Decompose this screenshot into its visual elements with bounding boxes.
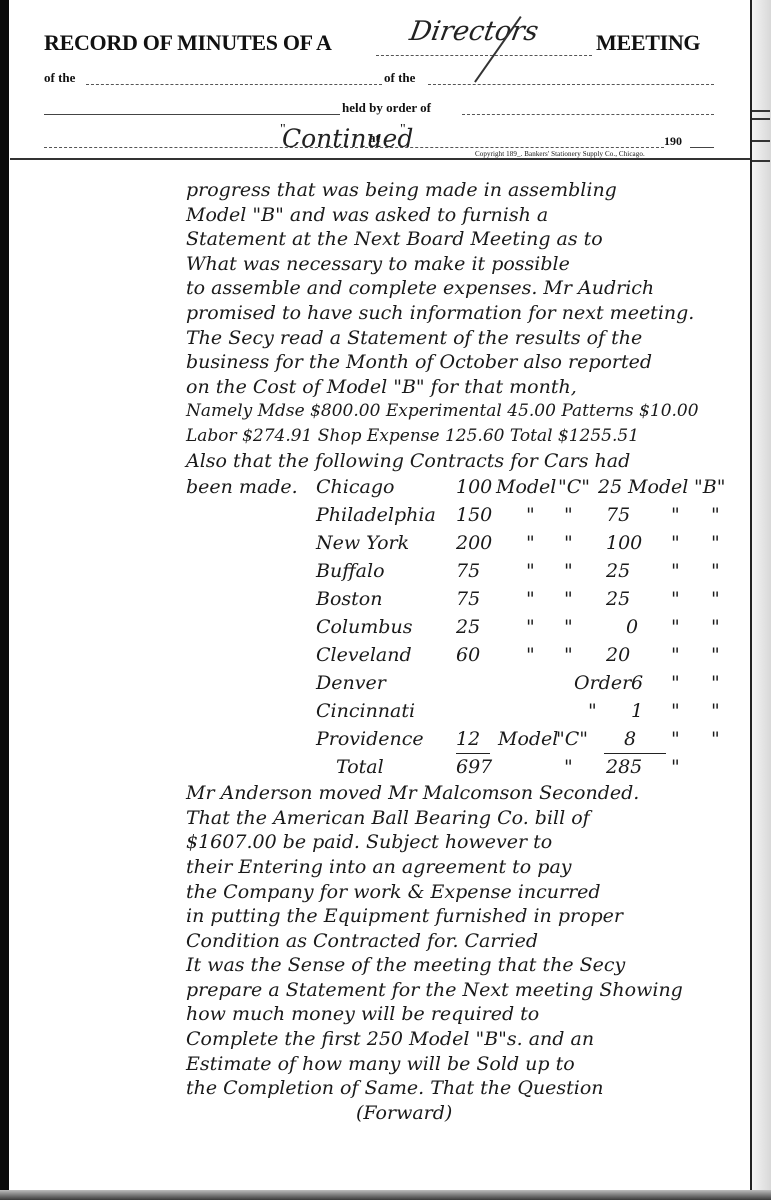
quote-mark: " — [400, 122, 406, 138]
table-row: Buffalo 75 " " 25 " " — [186, 557, 746, 585]
held-by-order-label: held by order of — [342, 100, 431, 116]
minutes-line: The Secy read a Statement of the results… — [186, 326, 746, 351]
ditto-mark: " — [564, 501, 573, 529]
table-row: Cincinnati " 1 " " — [186, 697, 746, 725]
minutes-line: Mr Anderson moved Mr Malcomson Seconded. — [186, 781, 746, 806]
minutes-line: the Completion of Same. That the Questio… — [186, 1076, 746, 1101]
ditto-mark: " — [671, 669, 680, 697]
minutes-line: Labor $274.91 Shop Expense 125.60 Total … — [186, 424, 746, 449]
ditto-mark: " — [526, 557, 535, 585]
model-c-count: 150 — [456, 501, 492, 529]
minutes-line: $1607.00 be paid. Subject however to — [186, 830, 746, 855]
model-b-count: 25 — [598, 473, 622, 501]
table-row-total: Total 697 " 285 " — [186, 753, 746, 781]
minutes-line: their Entering into an agreement to pay — [186, 855, 746, 880]
total-label: Total — [336, 753, 384, 781]
model-c-count: 75 — [456, 585, 480, 613]
table-row: Cleveland 60 " " 20 " " — [186, 641, 746, 669]
margin-tick — [752, 160, 770, 162]
minutes-line: Statement at the Next Board Meeting as t… — [186, 227, 746, 252]
ditto-mark: " — [711, 613, 720, 641]
minutes-line: progress that was being made in assembli… — [186, 178, 746, 203]
minutes-line: Condition as Contracted for. Carried — [186, 929, 746, 954]
minutes-line: on the Cost of Model "B" for that month, — [186, 375, 746, 400]
ditto-mark: " — [588, 697, 597, 725]
ditto-mark: " — [526, 641, 535, 669]
model-b-count: 20 — [606, 641, 630, 669]
city: Buffalo — [316, 557, 385, 585]
ditto-mark: " — [564, 585, 573, 613]
ditto-mark: " — [564, 529, 573, 557]
blank-line — [428, 84, 714, 85]
margin-tick — [752, 140, 770, 142]
minutes-line: Model "B" and was asked to furnish a — [186, 203, 746, 228]
model-b-count: 1 — [631, 697, 643, 725]
year-prefix: 190 — [664, 134, 682, 149]
blank-line — [44, 114, 340, 115]
page-edge-shadow — [752, 0, 771, 1200]
model-b-count: 8 — [604, 725, 666, 754]
minutes-line: in putting the Equipment furnished in pr… — [186, 904, 746, 929]
ditto-mark: " — [711, 529, 720, 557]
year-blank — [690, 147, 714, 148]
at-label: at — [369, 130, 380, 146]
minutes-line: how much money will be required to — [186, 1002, 746, 1027]
minutes-line: That the American Ball Bearing Co. bill … — [186, 806, 746, 831]
table-row: Boston 75 " " 25 " " — [186, 585, 746, 613]
city: Cincinnati — [316, 697, 415, 725]
order-label: Order — [574, 669, 631, 697]
ditto-mark: " — [711, 585, 720, 613]
forward-note: (Forward) — [186, 1101, 746, 1126]
ditto-mark: " — [526, 501, 535, 529]
table-row: been made. Chicago 100 Model "C" 25 Mode… — [186, 473, 746, 501]
ditto-mark: " — [564, 613, 573, 641]
ditto-mark: " — [526, 585, 535, 613]
ditto-mark: " — [526, 613, 535, 641]
ditto-mark: " — [711, 669, 720, 697]
minutes-line: to assemble and complete expenses. Mr Au… — [186, 276, 746, 301]
minutes-line: the Company for work & Expense incurred — [186, 880, 746, 905]
model-b-count: 25 — [606, 557, 630, 585]
total-model-c: 697 — [456, 753, 492, 781]
minutes-line: Estimate of how many will be Sold up to — [186, 1052, 746, 1077]
table-row: Denver Order 6 " " — [186, 669, 746, 697]
model-label: Model — [496, 473, 556, 501]
model-b-count: 100 — [606, 529, 642, 557]
ditto-mark: " — [711, 501, 720, 529]
city: New York — [316, 529, 409, 557]
ditto-mark: " — [564, 753, 573, 781]
blank-line — [462, 114, 714, 115]
minutes-line: It was the Sense of the meeting that the… — [186, 953, 746, 978]
city: Chicago — [316, 473, 394, 501]
model-b-count: 6 — [631, 669, 643, 697]
ditto-mark: " — [526, 529, 535, 557]
ditto-mark: " — [671, 585, 680, 613]
ditto-mark: " — [564, 641, 573, 669]
scan-edge-bottom — [0, 1190, 771, 1200]
ditto-mark: " — [711, 641, 720, 669]
margin-tick — [752, 110, 770, 112]
model-c-count: 12 — [456, 725, 490, 754]
model-b-count: 75 — [606, 501, 630, 529]
form-title-suffix: MEETING — [596, 30, 700, 56]
copyright-notice: Copyright 189_. Bankers' Stationery Supp… — [475, 150, 645, 158]
ditto-mark: " — [671, 753, 680, 781]
of-the-label-2: of the — [384, 70, 415, 86]
contracts-table: been made. Chicago 100 Model "C" 25 Mode… — [186, 473, 746, 781]
city: Boston — [316, 585, 382, 613]
model-c-count: 25 — [456, 613, 480, 641]
city: Cleveland — [316, 641, 412, 669]
city: Providence — [316, 725, 424, 753]
ditto-mark: " — [711, 557, 720, 585]
model-c-count: 60 — [456, 641, 480, 669]
minutes-body: progress that was being made in assembli… — [186, 178, 746, 1125]
meeting-type-handwritten: Directors — [407, 16, 541, 47]
model-label: Model — [498, 725, 558, 753]
model-b-count: 25 — [606, 585, 630, 613]
ditto-mark: " — [711, 725, 720, 753]
meeting-type-blank — [376, 55, 592, 56]
ditto-mark: " — [711, 697, 720, 725]
minutes-line: Namely Mdse $800.00 Experimental 45.00 P… — [186, 399, 746, 424]
margin-rule-right — [750, 0, 752, 1192]
model-letter: "B" — [694, 473, 725, 501]
continued-handwritten: Continued — [282, 124, 413, 153]
scan-edge-left — [0, 0, 9, 1200]
ditto-mark: " — [671, 725, 680, 753]
ditto-mark: " — [671, 697, 680, 725]
city: Denver — [316, 669, 386, 697]
ditto-mark: " — [671, 557, 680, 585]
city: Columbus — [316, 613, 412, 641]
model-c-count: 200 — [456, 529, 492, 557]
minutes-line: Also that the following Contracts for Ca… — [186, 449, 746, 474]
minutes-line: business for the Month of October also r… — [186, 350, 746, 375]
form-title-prefix: RECORD OF MINUTES OF A — [44, 30, 332, 56]
ditto-mark: " — [671, 641, 680, 669]
minutes-line: been made. — [186, 473, 298, 501]
city: Philadelphia — [316, 501, 436, 529]
table-row: Columbus 25 " " 0 " " — [186, 613, 746, 641]
table-row: Philadelphia 150 " " 75 " " — [186, 501, 746, 529]
ditto-mark: " — [564, 557, 573, 585]
model-c-count: 75 — [456, 557, 480, 585]
blank-line — [86, 84, 382, 85]
ditto-mark: " — [671, 501, 680, 529]
minutes-line: promised to have such information for ne… — [186, 301, 746, 326]
minutes-line: What was necessary to make it possible — [186, 252, 746, 277]
table-row: Providence 12 Model "C" 8 " " — [186, 725, 746, 753]
header-rule — [10, 158, 750, 160]
model-c-count: 100 — [456, 473, 492, 501]
minutes-line: Complete the first 250 Model "B"s. and a… — [186, 1027, 746, 1052]
of-the-label-1: of the — [44, 70, 75, 86]
model-letter: "C" — [556, 725, 588, 753]
ditto-mark: " — [671, 613, 680, 641]
model-letter: "C" — [558, 473, 590, 501]
ditto-mark: " — [671, 529, 680, 557]
model-label: Model — [628, 473, 688, 501]
margin-tick — [752, 118, 770, 120]
model-b-count: 0 — [626, 613, 638, 641]
minutes-line: prepare a Statement for the Next meeting… — [186, 978, 746, 1003]
total-model-b: 285 — [606, 753, 642, 781]
table-row: New York 200 " " 100 " " — [186, 529, 746, 557]
